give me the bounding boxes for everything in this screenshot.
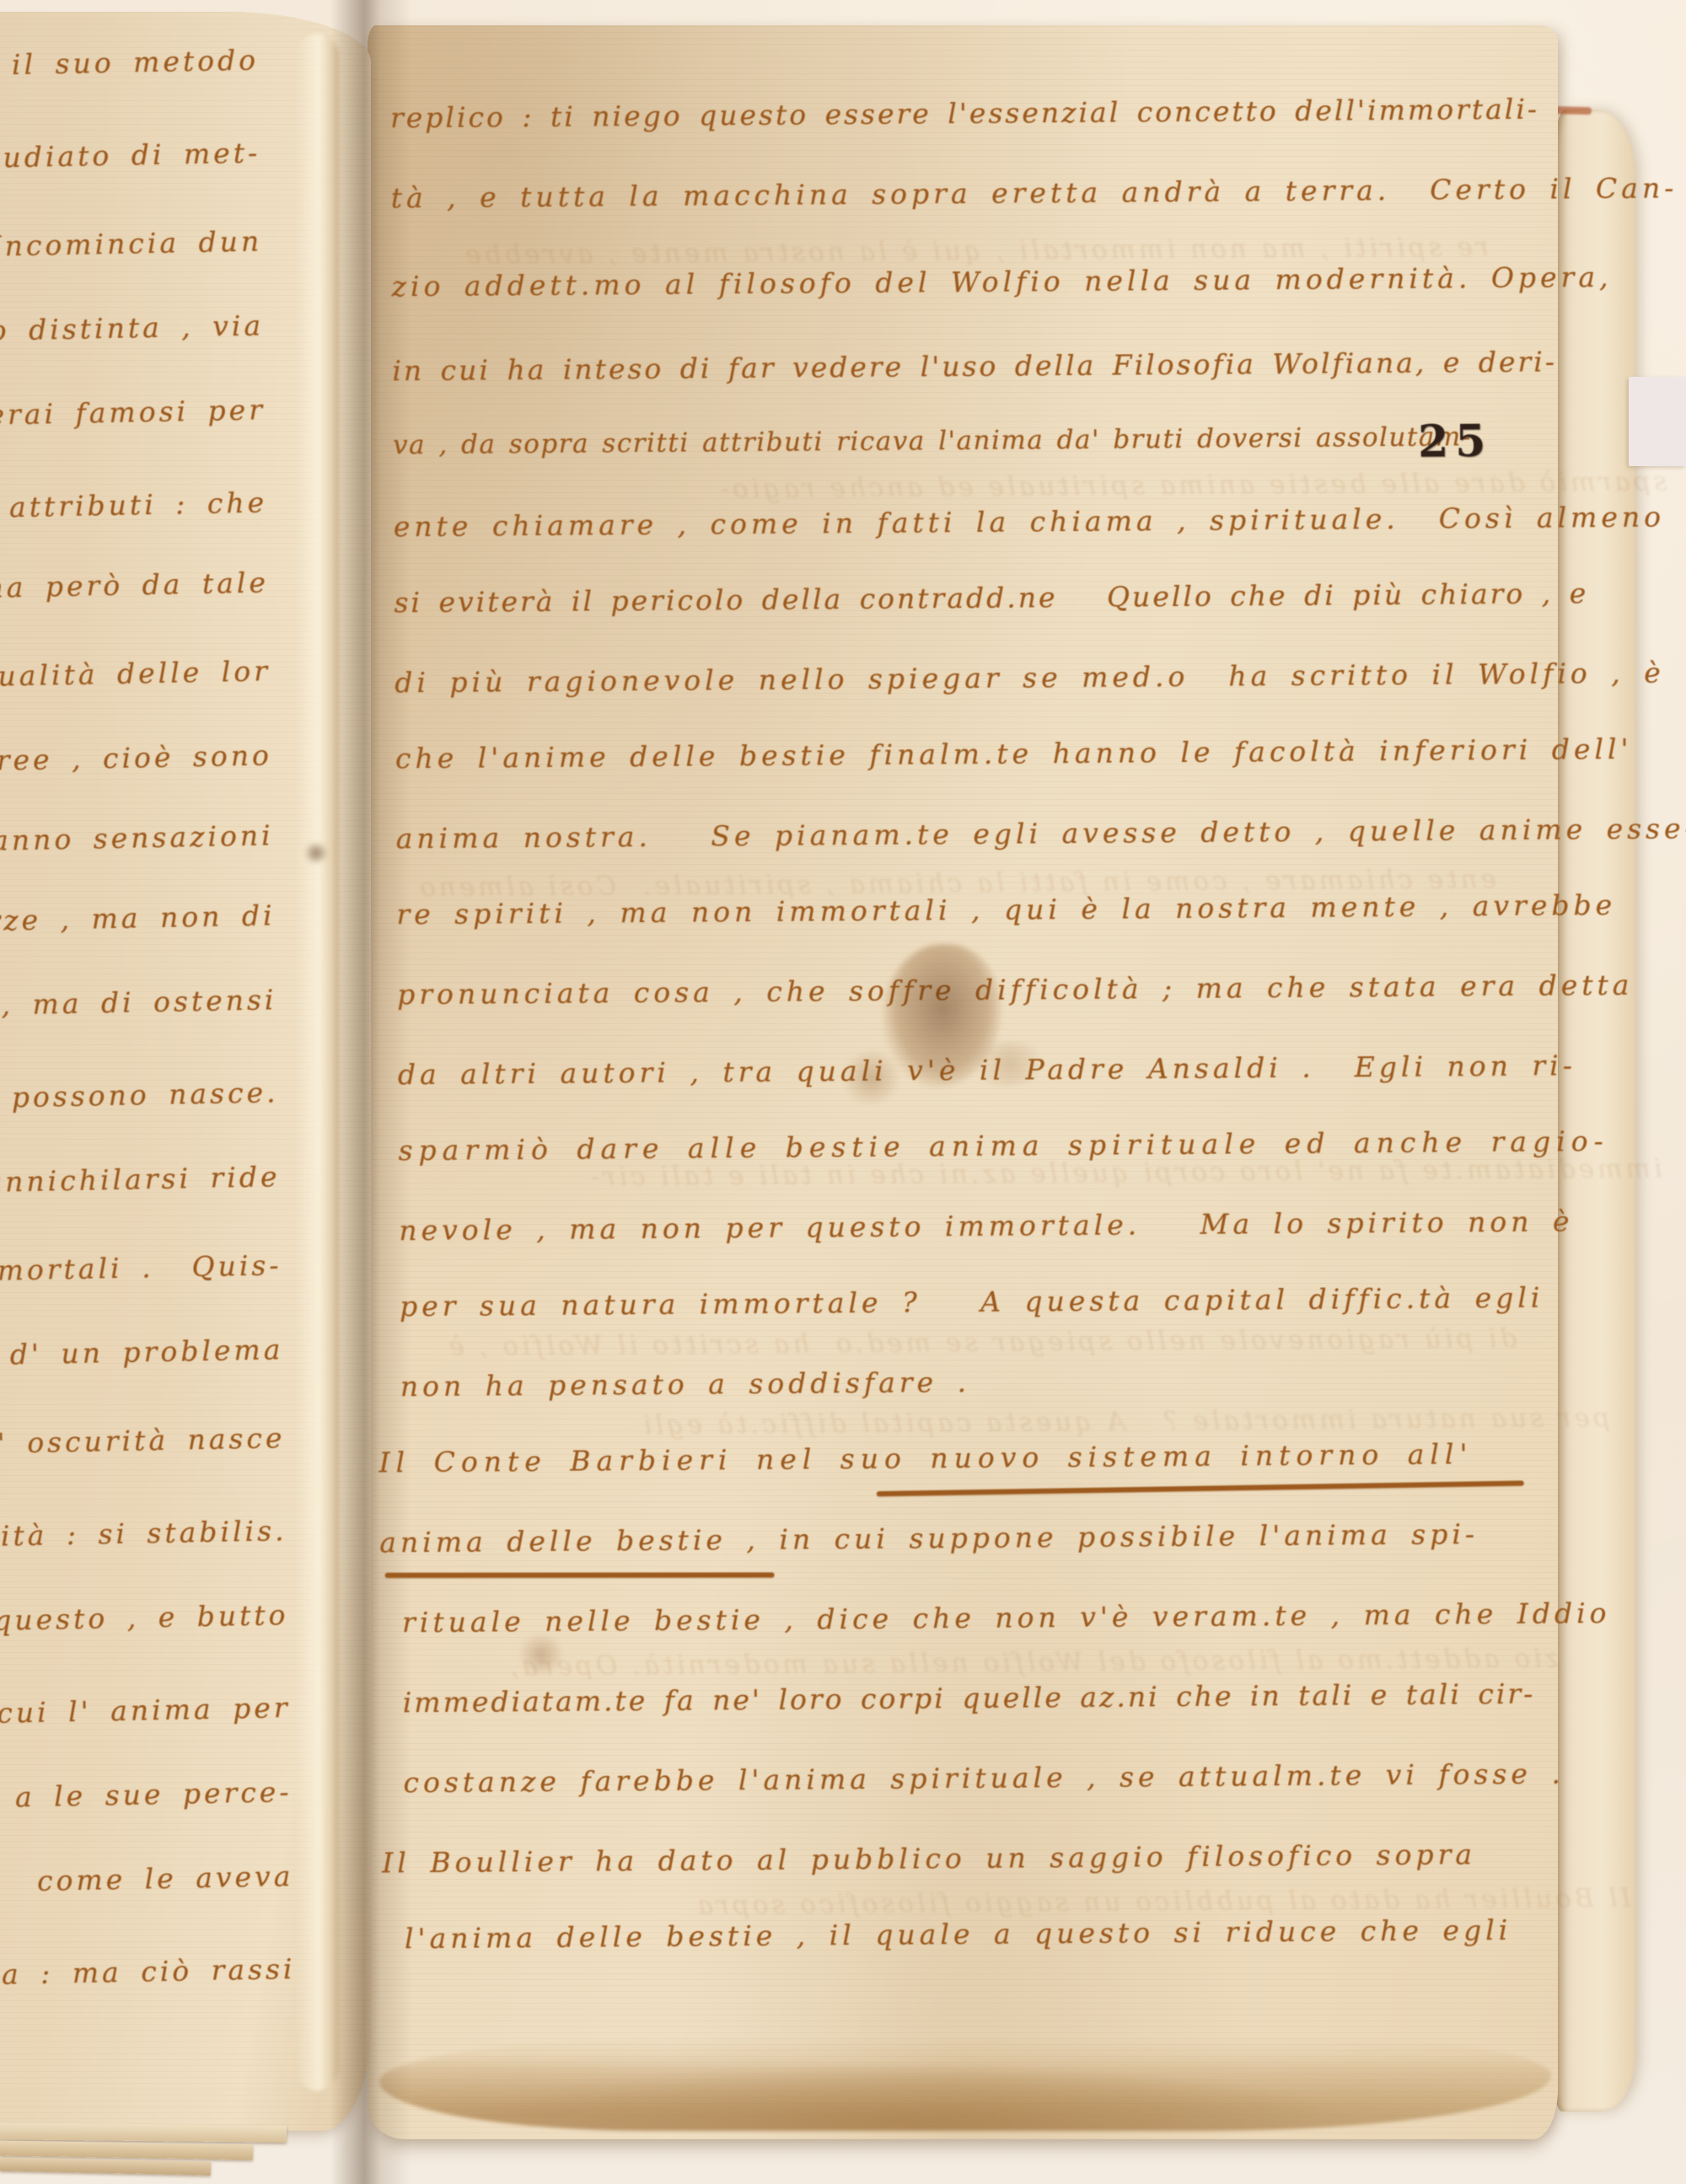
manuscript-fragment: immortali . Quis- [0,1248,282,1287]
manuscript-fragment: il suo metodo [12,43,260,81]
bleedthrough-text: sparmiò dare alle bestie anima spiritual… [717,466,1667,504]
bleedthrough-text: zio addett.mo al filosofo del Wolfio nel… [507,1643,1559,1682]
manuscript-fragment: ersi , ma di ostensi [0,983,277,1022]
manuscript-fragment: er annichilarsi ride [0,1160,281,1199]
manuscript-line: va , da sopra scritti attributi ricava l… [393,421,1522,461]
ink-underline [385,1572,775,1577]
manuscript-line: immediatam.te fa ne' loro corpi quelle a… [403,1677,1533,1720]
manuscript-fragment: ez.i , ma però da tale [0,566,269,606]
manuscript-line: non ha pensato a soddisfare . [400,1361,1530,1403]
manuscript-fragment: l' oscurità nasce [0,1421,286,1460]
bleedthrough-text: di più ragionevole nello spiegar se med.… [445,1323,1517,1362]
manuscript-line: rituale nelle bestie , dice che non v'è … [402,1597,1532,1639]
manuscript-fragment: orze , ma non di [0,899,276,937]
manuscript-fragment: che hanno sensazioni [0,818,274,859]
manuscript-line: replico : ti niego questo essere l'essen… [390,93,1520,135]
manuscript-fragment: come le aveva [37,1859,294,1897]
manuscript-line: anima nostra. Se pianam.te egli avesse d… [396,813,1526,856]
underleaf-page-edge [1554,110,1635,2112]
manuscript-fragment: ha studiato di met- [0,136,260,175]
manuscript-line: l'anima delle bestie , il quale a questo… [405,1913,1534,1956]
manuscript-fragment: 2 . Incomincia dun [0,224,262,265]
manuscript-line: di più ragionevole nello spiegar se med.… [395,657,1524,700]
manuscript-line: costanze farebbe l'anima spirituale , se… [403,1757,1533,1800]
manuscript-fragment: operai famosi per [0,393,266,432]
manuscript-photo: il suo metodo ha studiato di met- 2 . In… [0,0,1686,2184]
manuscript-fragment: spiritualità delle lor [0,654,271,694]
manuscript-line: Il Boullier ha dato al pubblico un saggi… [382,1838,1511,1880]
manuscript-fragment: che non possono nasce. [0,1076,279,1117]
manuscript-fragment: er cui l' anima per [0,1691,291,1731]
manuscript-line: nevole , ma non per questo immortale. Ma… [399,1205,1528,1248]
manuscript-line: che l'anime delle bestie finalm.te hanno… [395,733,1525,775]
manuscript-line: si eviterà il pericolo della contradd.ne… [394,577,1523,620]
manuscript-fragment: corporee , cioè sono [0,738,272,778]
white-tab [1629,377,1686,466]
manuscript-line: ente chiamare , come in fatti la chiama … [394,502,1523,544]
manuscript-fragment: guenti attributi : che [0,486,267,526]
manuscript-fragment: ogo distinta , via [0,309,264,347]
folio-number-stamp: 25 [1418,416,1493,468]
manuscript-fragment: a le sue perce- [15,1775,293,1813]
page-stack-edge [0,2141,253,2160]
manuscript-line: in cui ha inteso di far vedere l'uso del… [392,346,1522,388]
page-stack-edge [0,2157,211,2175]
manuscript-line: per sua natura immortale ? A questa capi… [400,1281,1529,1323]
manuscript-line: tà , e tutta la macchina sopra eretta an… [391,173,1521,215]
manuscript-fragment: ortalità : si stabilis. [0,1514,287,1553]
right-page-text: re spiriti , ma non immortali , qui è la… [359,20,1566,2144]
manuscript-line: anima delle bestie , in cui suppone poss… [379,1517,1509,1559]
ink-underline [877,1480,1524,1496]
manuscript-line: Il Conte Barbieri nel suo nuovo sistema … [379,1437,1508,1479]
left-page-text: il suo metodo ha studiato di met- 2 . In… [0,8,359,2134]
manuscript-fragment: essa : ma ciò rassi [0,1952,296,1992]
manuscript-fragment: di questo , e butto [0,1598,289,1638]
manuscript-fragment: oste d' un problema [0,1333,284,1372]
bleedthrough-text: per sua natura immortale ? A questa capi… [640,1403,1610,1441]
